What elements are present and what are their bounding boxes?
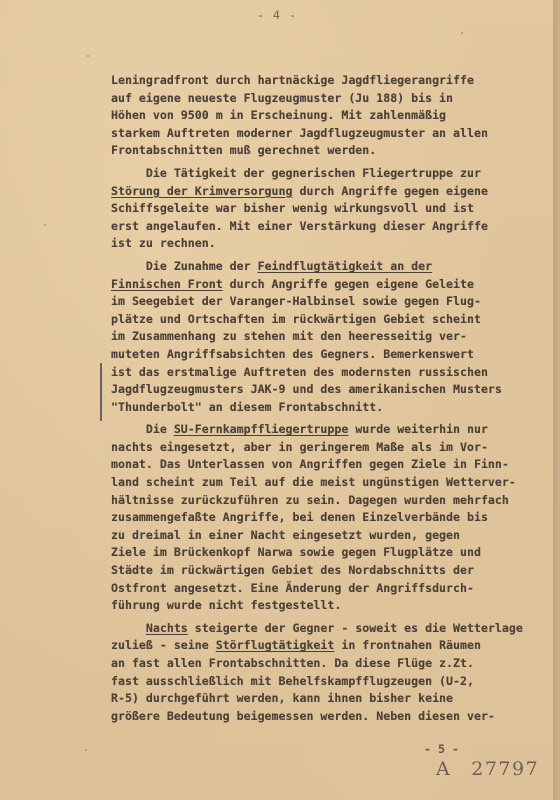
text-segment: im Zusammenhang zu stehen mit den heeres…: [111, 329, 467, 343]
text-segment: durch Angriffe gegen eigene: [292, 184, 487, 198]
text-segment: Höhen von 9500 m in Erscheinung. Mit zah…: [111, 108, 446, 122]
paragraph: Leningradfront durch hartnäckige Jagdfli…: [111, 72, 551, 160]
text-segment: Die: [111, 422, 174, 436]
text-line: im Seegebiet der Varanger-Halbinsel sowi…: [111, 293, 551, 311]
underlined-phrase: Störung der Krimversorgung: [111, 184, 292, 198]
text-segment: plätze und Ortschaften im rückwärtigen G…: [111, 312, 481, 326]
archive-stamp: A27797: [436, 758, 539, 780]
underlined-phrase: SU-Fernkampffliegertruppe: [174, 422, 349, 436]
text-segment: Schiffsgeleite war bisher wenig wirkungs…: [111, 201, 474, 215]
text-segment: Die Tätigkeit der gegnerischen Fliegertr…: [111, 166, 481, 180]
text-line: im Zusammenhang zu stehen mit den heeres…: [111, 328, 551, 346]
text-line: muteten Angriffsabsichten des Gegners. B…: [111, 346, 551, 364]
paragraph: Die SU-Fernkampffliegertruppe wurde weit…: [111, 421, 551, 615]
text-segment: "Thunderbolt" an diesem Frontabschnitt.: [111, 400, 383, 414]
text-line: Höhen von 9500 m in Erscheinung. Mit zah…: [111, 107, 551, 125]
text-line: Städte im rückwärtigen Gebiet des Nordab…: [111, 562, 551, 580]
text-line: Störung der Krimversorgung durch Angriff…: [111, 183, 551, 201]
text-line: monat. Das Unterlassen von Angriffen geg…: [111, 456, 551, 474]
text-segment: durch Angriffe gegen eigene Geleite: [223, 277, 474, 291]
text-line: führung wurde nicht festgestellt.: [111, 597, 551, 615]
text-segment: im Seegebiet der Varanger-Halbinsel sowi…: [111, 294, 481, 308]
next-page-indicator: - 5 -: [424, 742, 459, 756]
text-line: fast ausschließlich mit Behelfskampfflug…: [111, 673, 551, 691]
text-line: land scheint zum Teil auf die meist ungü…: [111, 474, 551, 492]
text-line: hältnisse zurückzuführen zu sein. Dagege…: [111, 492, 551, 510]
paragraph: Die Zunahme der Feindflugtätigkeit an de…: [111, 258, 551, 416]
text-segment: nachts eingesetzt, aber in geringerem Ma…: [111, 440, 488, 454]
text-line: nachts eingesetzt, aber in geringerem Ma…: [111, 439, 551, 457]
text-segment: zu dreimal in einer Nacht eingesetzt wur…: [111, 528, 460, 542]
document-page: - 4 - Leningradfront durch hartnäckige J…: [0, 0, 554, 800]
text-segment: monat. Das Unterlassen von Angriffen geg…: [111, 457, 509, 471]
text-line: Nachts steigerte der Gegner - soweit es …: [111, 620, 551, 638]
text-line: an fast allen Frontabschnitten. Da diese…: [111, 655, 551, 673]
stamp-letter: A: [436, 758, 451, 780]
text-segment: wurde weiterhin nur: [348, 422, 488, 436]
text-line: ist zu rechnen.: [111, 235, 551, 253]
text-line: starkem Auftreten moderner Jagdflugzeugm…: [111, 125, 551, 143]
paper-speck: [85, 749, 87, 751]
text-segment: steigerte der Gegner - soweit es die Wet…: [188, 621, 523, 635]
underlined-phrase: Nachts: [146, 621, 188, 635]
text-segment: hältnisse zurückzuführen zu sein. Dagege…: [111, 493, 509, 507]
paper-speck: [44, 224, 46, 226]
text-line: Ostfront angesetzt. Eine Änderung der An…: [111, 580, 551, 598]
text-segment: Leningradfront durch hartnäckige Jagdfli…: [111, 73, 474, 87]
text-segment: Städte im rückwärtigen Gebiet des Nordab…: [111, 563, 474, 577]
text-line: Finnischen Front durch Angriffe gegen ei…: [111, 276, 551, 294]
underlined-phrase: Störflugtätigkeit: [216, 638, 335, 652]
text-line: größere Bedeutung beigemessen werden. Ne…: [111, 708, 551, 726]
text-line: auf eigene neueste Flugzeugmuster (Ju 18…: [111, 90, 551, 108]
stamp-number: 27797: [471, 758, 539, 780]
document-body: Leningradfront durch hartnäckige Jagdfli…: [111, 72, 551, 725]
margin-mark-line: [100, 363, 102, 421]
paper-speck: [461, 32, 463, 34]
text-segment: zusammengefaßte Angriffe, bei denen Einz…: [111, 510, 488, 524]
text-segment: Jagdflugzeugmusters JAK-9 und des amerik…: [111, 382, 502, 396]
text-segment: an fast allen Frontabschnitten. Da diese…: [111, 656, 474, 670]
text-line: Die Zunahme der Feindflugtätigkeit an de…: [111, 258, 551, 276]
text-line: Die Tätigkeit der gegnerischen Fliegertr…: [111, 165, 551, 183]
text-segment: [111, 621, 146, 635]
text-line: Ziele im Brückenkopf Narwa sowie gegen F…: [111, 544, 551, 562]
underlined-phrase: Finnischen Front: [111, 277, 223, 291]
paper-speck: [87, 55, 89, 57]
text-line: Schiffsgeleite war bisher wenig wirkungs…: [111, 200, 551, 218]
text-segment: Ziele im Brückenkopf Narwa sowie gegen F…: [111, 545, 481, 559]
text-line: R-5) durchgeführt werden, kann ihnen bis…: [111, 690, 551, 708]
text-segment: erst angelaufen. Mit einer Verstärkung d…: [111, 219, 488, 233]
underlined-phrase: Feindflugtätigkeit an der: [258, 259, 433, 273]
text-line: "Thunderbolt" an diesem Frontabschnitt.: [111, 399, 551, 417]
text-segment: starkem Auftreten moderner Jagdflugzeugm…: [111, 126, 488, 140]
text-segment: in frontnahen Räumen: [334, 638, 481, 652]
text-segment: Die Zunahme der: [111, 259, 258, 273]
text-segment: fast ausschließlich mit Behelfskampfflug…: [111, 674, 474, 688]
text-line: Frontabschnitten muß gerechnet werden.: [111, 142, 551, 160]
text-line: zusammengefaßte Angriffe, bei denen Einz…: [111, 509, 551, 527]
text-segment: ist das erstmalige Auftreten des moderns…: [111, 365, 488, 379]
text-line: Leningradfront durch hartnäckige Jagdfli…: [111, 72, 551, 90]
text-segment: R-5) durchgeführt werden, kann ihnen bis…: [111, 691, 453, 705]
paragraph: Die Tätigkeit der gegnerischen Fliegertr…: [111, 165, 551, 253]
paragraph: Nachts steigerte der Gegner - soweit es …: [111, 620, 551, 726]
text-segment: auf eigene neueste Flugzeugmuster (Ju 18…: [111, 91, 453, 105]
text-line: plätze und Ortschaften im rückwärtigen G…: [111, 311, 551, 329]
text-segment: führung wurde nicht festgestellt.: [111, 598, 341, 612]
text-segment: größere Bedeutung beigemessen werden. Ne…: [111, 709, 495, 723]
text-line: zuließ - seine Störflugtätigkeit in fron…: [111, 637, 551, 655]
text-line: erst angelaufen. Mit einer Verstärkung d…: [111, 218, 551, 236]
text-segment: muteten Angriffsabsichten des Gegners. B…: [111, 347, 474, 361]
text-segment: Frontabschnitten muß gerechnet werden.: [111, 143, 376, 157]
text-segment: Ostfront angesetzt. Eine Änderung der An…: [111, 581, 474, 595]
text-line: zu dreimal in einer Nacht eingesetzt wur…: [111, 527, 551, 545]
text-segment: land scheint zum Teil auf die meist ungü…: [111, 475, 516, 489]
text-segment: ist zu rechnen.: [111, 236, 216, 250]
text-line: Die SU-Fernkampffliegertruppe wurde weit…: [111, 421, 551, 439]
page-edge-shadow: [553, 0, 560, 800]
text-segment: zuließ - seine: [111, 638, 216, 652]
text-line: ist das erstmalige Auftreten des moderns…: [111, 364, 551, 382]
text-line: Jagdflugzeugmusters JAK-9 und des amerik…: [111, 381, 551, 399]
page-number-header: - 4 -: [0, 8, 554, 22]
